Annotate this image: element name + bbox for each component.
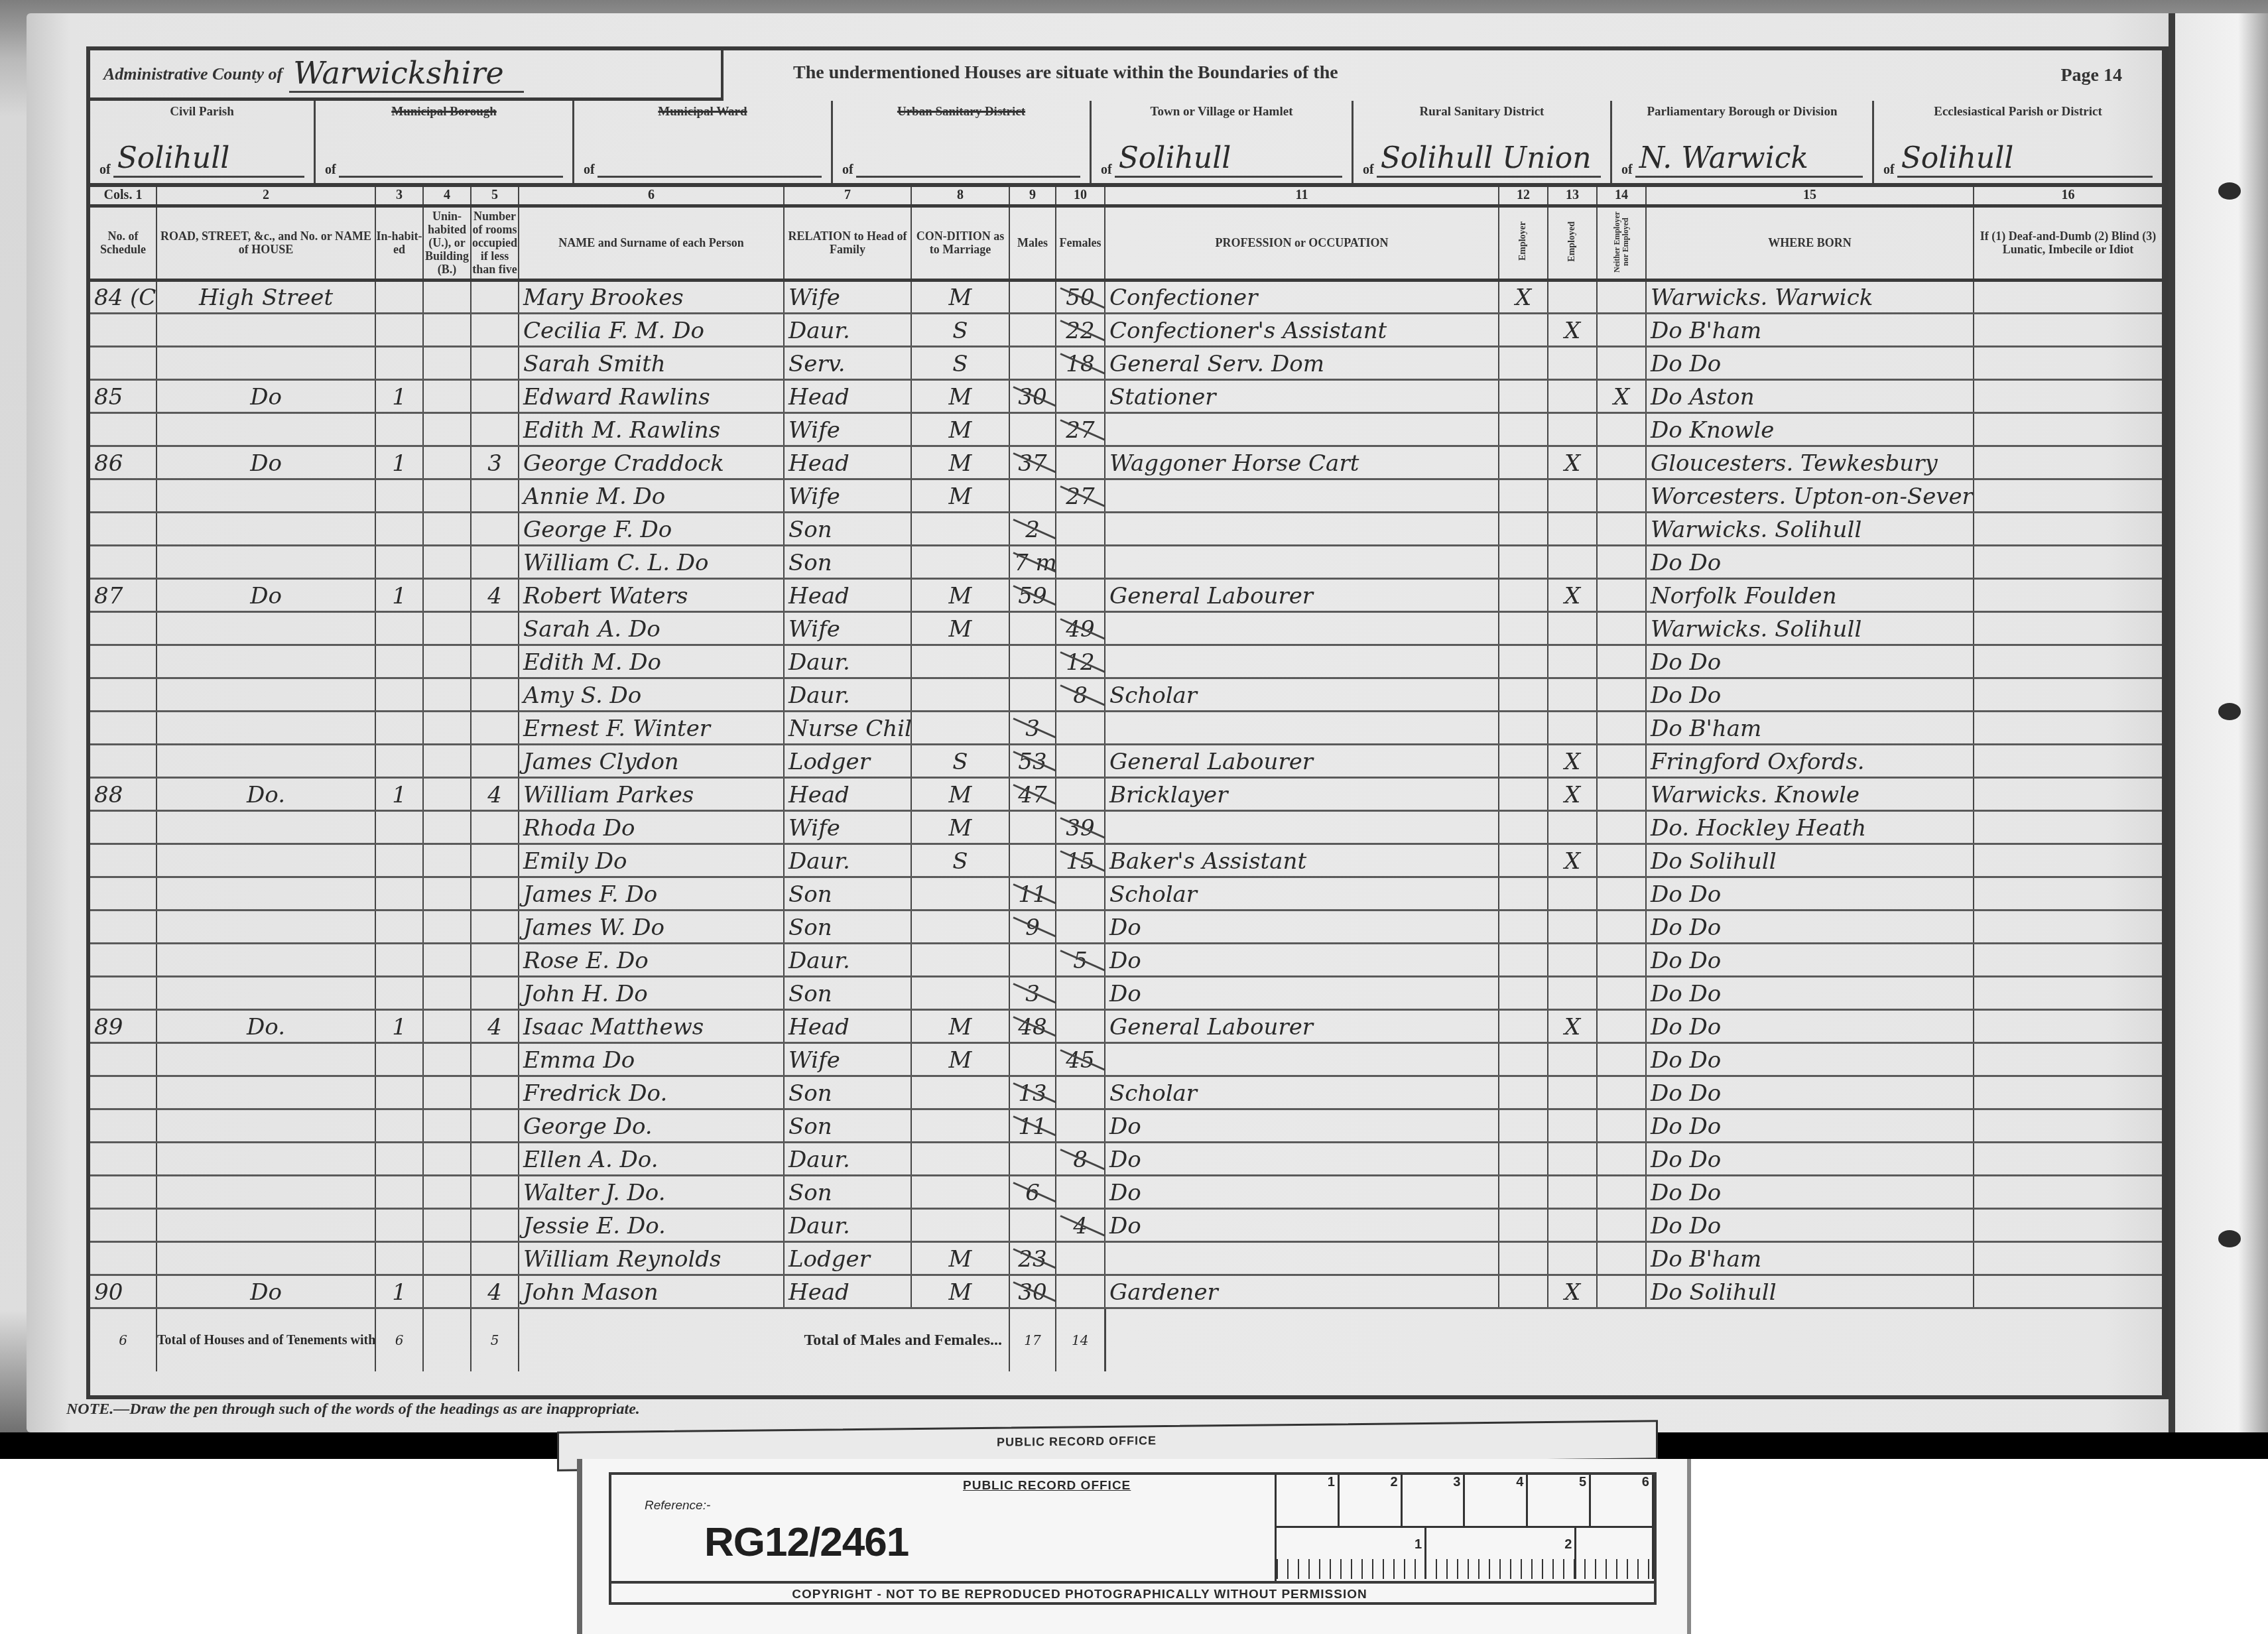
header-neither-label: Neither Employer nor Employed [1613, 208, 1630, 276]
road-name [157, 711, 375, 744]
male-age [1009, 1208, 1056, 1241]
person-name: Edith M. Rawlins [519, 412, 784, 446]
occupation: Waggoner Horse Cart [1105, 446, 1499, 479]
infirmity [1974, 611, 2162, 645]
neither-mark [1597, 1208, 1646, 1241]
road-name [157, 313, 375, 346]
infirmity [1974, 412, 2162, 446]
female-age [1056, 1241, 1105, 1275]
infirmity [1974, 1009, 2162, 1042]
where-born: Do Do [1646, 1076, 1974, 1109]
rooms-count [471, 512, 519, 545]
neither-mark [1597, 1042, 1646, 1076]
neither-mark [1597, 976, 1646, 1009]
person-name: Fredrick Do. [519, 1076, 784, 1109]
table-row: George Do. Son 11 Do Do Do [90, 1109, 2162, 1142]
marital-condition: S [911, 744, 1009, 777]
district-ecclesiastical: Ecclesiastical Parish or District ofSoli… [1874, 101, 2162, 183]
female-age [1056, 545, 1105, 578]
schedule-number [90, 943, 157, 976]
table-row: Edith M. Rawlins Wife M 27 Do Knowle [90, 412, 2162, 446]
marital-condition [911, 910, 1009, 943]
of-label: of [99, 162, 111, 178]
uninhabited-count [423, 280, 471, 313]
marital-condition: M [911, 777, 1009, 810]
person-name: Isaac Matthews [519, 1009, 784, 1042]
inhabited-count [375, 1109, 423, 1142]
relation: Son [784, 1109, 911, 1142]
marital-condition: M [911, 1241, 1009, 1275]
scale-cm-mark: 1 [1277, 1475, 1340, 1526]
employed-mark [1548, 412, 1597, 446]
table-row: William C. L. Do Son 7 mo Do Do [90, 545, 2162, 578]
female-age: 4 [1056, 1208, 1105, 1241]
employer-mark [1499, 844, 1548, 877]
schedule-number [90, 877, 157, 910]
marital-condition [911, 1208, 1009, 1241]
infirmity [1974, 280, 2162, 313]
schedule-number [90, 1208, 157, 1241]
schedule-number [90, 711, 157, 744]
where-born: Norfolk Foulden [1646, 578, 1974, 611]
schedule-number [90, 910, 157, 943]
inhabited-count: 1 [375, 446, 423, 479]
where-born: Gloucesters. Tewkesbury [1646, 446, 1974, 479]
occupation: Bricklayer [1105, 777, 1499, 810]
table-row: John H. Do Son 3 Do Do Do [90, 976, 2162, 1009]
header-neither: Neither Employer nor Employed [1597, 206, 1646, 280]
form-note: NOTE.—Draw the pen through such of the w… [66, 1401, 640, 1418]
header-infirmity: If (1) Deaf-and-Dumb (2) Blind (3) Lunat… [1974, 206, 2162, 280]
rooms-count [471, 1042, 519, 1076]
column-number: 13 [1548, 187, 1597, 206]
column-number: 12 [1499, 187, 1548, 206]
employed-mark [1548, 711, 1597, 744]
employed-mark [1548, 678, 1597, 711]
uninhabited-count [423, 512, 471, 545]
schedule-number [90, 611, 157, 645]
marital-condition [911, 943, 1009, 976]
person-name: Sarah Smith [519, 346, 784, 379]
occupation [1105, 1042, 1499, 1076]
district-value: N. Warwick [1635, 141, 1863, 178]
person-name: Edward Rawlins [519, 379, 784, 412]
road-name [157, 1076, 375, 1109]
uninhabited-count [423, 711, 471, 744]
person-name: Rose E. Do [519, 943, 784, 976]
male-age: 23 [1009, 1241, 1056, 1275]
rooms-count [471, 1076, 519, 1109]
rooms-count: 4 [471, 578, 519, 611]
relation: Head [784, 1009, 911, 1042]
neither-mark [1597, 346, 1646, 379]
district-label: Rural Sanitary District [1354, 101, 1610, 119]
person-name: Amy S. Do [519, 678, 784, 711]
punch-hole-icon [2218, 703, 2241, 720]
occupation: Confectioner [1105, 280, 1499, 313]
table-row: Emily Do Daur. S 15 Baker's Assistant X … [90, 844, 2162, 877]
uninhabited-count [423, 479, 471, 512]
where-born: Do B'ham [1646, 1241, 1974, 1275]
relation: Lodger [784, 1241, 911, 1275]
scale-cm: 1 2 3 4 5 6 [1277, 1475, 1654, 1528]
infirmity [1974, 1109, 2162, 1142]
neither-mark [1597, 1142, 1646, 1175]
uninhabited-count [423, 1208, 471, 1241]
of-label: of [325, 162, 336, 178]
census-rows: 84 (Con) High Street Mary Brookes Wife M… [90, 280, 2162, 1308]
table-row: William Reynolds Lodger M 23 Do B'ham [90, 1241, 2162, 1275]
neither-mark [1597, 1175, 1646, 1208]
female-age [1056, 711, 1105, 744]
schedule-number [90, 844, 157, 877]
inhabited-count [375, 744, 423, 777]
male-age: 6 [1009, 1175, 1056, 1208]
inhabited-count [375, 412, 423, 446]
employed-mark: X [1548, 1009, 1597, 1042]
district-header: Civil Parish ofSolihull Municipal Boroug… [90, 101, 2162, 187]
uninhabited-count [423, 313, 471, 346]
person-name: Ellen A. Do. [519, 1142, 784, 1175]
district-civil-parish: Civil Parish ofSolihull [90, 101, 316, 183]
infirmity [1974, 1241, 2162, 1275]
table-row: George F. Do Son 2 Warwicks. Solihull [90, 512, 2162, 545]
employer-mark [1499, 877, 1548, 910]
female-age [1056, 512, 1105, 545]
column-number: 2 [157, 187, 375, 206]
uninhabited-count [423, 578, 471, 611]
rooms-count [471, 412, 519, 446]
district-value: Solihull [113, 141, 304, 178]
table-row: 90 Do 1 4 John Mason Head M 30 Gardener … [90, 1275, 2162, 1308]
header-rooms: Number of rooms occupied if less than fi… [471, 206, 519, 280]
admin-county-box: Administrative County of Warwickshire [90, 50, 724, 101]
employer-mark [1499, 1275, 1548, 1308]
occupation [1105, 412, 1499, 446]
rooms-count: 4 [471, 777, 519, 810]
relation: Wife [784, 280, 911, 313]
employed-mark [1548, 645, 1597, 678]
schedule-number: 87 [90, 578, 157, 611]
schedule-number [90, 1109, 157, 1142]
where-born: Do Do [1646, 976, 1974, 1009]
female-age: 27 [1056, 479, 1105, 512]
marital-condition [911, 512, 1009, 545]
neither-mark [1597, 1109, 1646, 1142]
schedule-number [90, 512, 157, 545]
employer-mark [1499, 578, 1548, 611]
district-value [856, 176, 1080, 178]
occupation [1105, 810, 1499, 844]
employer-mark [1499, 1109, 1548, 1142]
uninhabited-count [423, 1175, 471, 1208]
neither-mark [1597, 446, 1646, 479]
inhabited-count [375, 512, 423, 545]
relation: Son [784, 910, 911, 943]
marital-condition [911, 545, 1009, 578]
employer-mark [1499, 1042, 1548, 1076]
total-rooms: 5 [471, 1308, 519, 1371]
total-schedules: 6 [90, 1308, 157, 1371]
table-row: Rose E. Do Daur. 5 Do Do Do [90, 943, 2162, 976]
rooms-count [471, 943, 519, 976]
inhabited-count [375, 910, 423, 943]
totals-houses-label: Total of Houses and of Tenements with le… [157, 1308, 375, 1371]
employed-mark [1548, 545, 1597, 578]
table-row: Fredrick Do. Son 13 Scholar Do Do [90, 1076, 2162, 1109]
uninhabited-count [423, 844, 471, 877]
rooms-count [471, 280, 519, 313]
employer-mark [1499, 412, 1548, 446]
relation: Head [784, 379, 911, 412]
employer-mark [1499, 545, 1548, 578]
occupation: Scholar [1105, 678, 1499, 711]
total-females: 14 [1056, 1308, 1105, 1371]
uninhabited-count [423, 1009, 471, 1042]
relation: Son [784, 512, 911, 545]
inhabited-count [375, 810, 423, 844]
rooms-count [471, 1109, 519, 1142]
district-value: Solihull [1897, 141, 2153, 178]
reference-number: RG12/2461 [704, 1519, 909, 1566]
relation: Serv. [784, 346, 911, 379]
employed-mark [1548, 1241, 1597, 1275]
marital-condition: M [911, 578, 1009, 611]
female-age: 45 [1056, 1042, 1105, 1076]
marital-condition: S [911, 313, 1009, 346]
occupation: Baker's Assistant [1105, 844, 1499, 877]
male-age [1009, 810, 1056, 844]
of-label: of [1101, 162, 1112, 178]
road-name [157, 1208, 375, 1241]
inhabited-count [375, 479, 423, 512]
column-number: 11 [1105, 187, 1499, 206]
road-name [157, 512, 375, 545]
person-name: George Craddock [519, 446, 784, 479]
road-name [157, 412, 375, 446]
employed-mark [1548, 910, 1597, 943]
schedule-number [90, 678, 157, 711]
employer-mark [1499, 1175, 1548, 1208]
male-age: 59 [1009, 578, 1056, 611]
neither-mark [1597, 711, 1646, 744]
table-row: James W. Do Son 9 Do Do Do [90, 910, 2162, 943]
female-age: 5 [1056, 943, 1105, 976]
marital-condition: S [911, 346, 1009, 379]
relation: Head [784, 578, 911, 611]
where-born: Warwicks. Knowle [1646, 777, 1974, 810]
person-name: Walter J. Do. [519, 1175, 784, 1208]
female-age: 15 [1056, 844, 1105, 877]
male-age: 53 [1009, 744, 1056, 777]
road-name: Do [157, 379, 375, 412]
neither-mark [1597, 1009, 1646, 1042]
female-age [1056, 777, 1105, 810]
where-born: Do Do [1646, 1009, 1974, 1042]
employer-mark [1499, 379, 1548, 412]
district-urban-sanitary: Urban Sanitary District of [833, 101, 1092, 183]
inhabited-count [375, 1208, 423, 1241]
employed-mark [1548, 1042, 1597, 1076]
road-name [157, 678, 375, 711]
employed-mark [1548, 512, 1597, 545]
of-label: of [1363, 162, 1374, 178]
road-name [157, 844, 375, 877]
male-age: 11 [1009, 1109, 1056, 1142]
scale-cm-mark: 2 [1340, 1475, 1403, 1526]
scale-cm-mark: 5 [1528, 1475, 1591, 1526]
road-name [157, 1109, 375, 1142]
rooms-count [471, 744, 519, 777]
infirmity [1974, 844, 2162, 877]
header-road: ROAD, STREET, &c., and No. or NAME of HO… [157, 206, 375, 280]
employer-mark [1499, 645, 1548, 678]
relation: Head [784, 446, 911, 479]
inhabited-count [375, 1241, 423, 1275]
neither-mark [1597, 280, 1646, 313]
pro-slip-back-title: PUBLIC RECORD OFFICE [997, 1434, 1157, 1450]
infirmity [1974, 1076, 2162, 1109]
employer-mark [1499, 976, 1548, 1009]
relation: Nurse Child [784, 711, 911, 744]
schedule-number: 89 [90, 1009, 157, 1042]
road-name [157, 645, 375, 678]
table-row: Cecilia F. M. Do Daur. S 22 Confectioner… [90, 313, 2162, 346]
punch-hole-icon [2218, 1230, 2241, 1247]
person-name: Ernest F. Winter [519, 711, 784, 744]
district-label: Urban Sanitary District [833, 101, 1090, 119]
rooms-count: 3 [471, 446, 519, 479]
employed-mark [1548, 1175, 1597, 1208]
rooms-count [471, 976, 519, 1009]
relation: Son [784, 976, 911, 1009]
column-number: 4 [423, 187, 471, 206]
totals-persons-label: Total of Males and Females... [519, 1308, 1009, 1371]
female-age [1056, 446, 1105, 479]
schedule-number [90, 1175, 157, 1208]
male-age: 3 [1009, 976, 1056, 1009]
where-born: Do. Hockley Heath [1646, 810, 1974, 844]
header-occupation: PROFESSION or OCCUPATION [1105, 206, 1499, 280]
where-born: Do Aston [1646, 379, 1974, 412]
relation: Wife [784, 1042, 911, 1076]
female-age [1056, 578, 1105, 611]
relation: Wife [784, 810, 911, 844]
scale-cm-mark: 6 [1591, 1475, 1654, 1526]
district-value [598, 176, 822, 178]
column-number: 5 [471, 187, 519, 206]
person-name: Mary Brookes [519, 280, 784, 313]
employed-mark [1548, 1076, 1597, 1109]
neither-mark [1597, 1076, 1646, 1109]
schedule-number [90, 1142, 157, 1175]
rooms-count [471, 910, 519, 943]
rooms-count [471, 1208, 519, 1241]
infirmity [1974, 379, 2162, 412]
occupation: Do [1105, 1175, 1499, 1208]
pro-slip-frame: PUBLIC RECORD OFFICE Reference:- RG12/24… [609, 1472, 1657, 1605]
uninhabited-count [423, 678, 471, 711]
employed-mark [1548, 1208, 1597, 1241]
district-value: Solihull [1115, 141, 1342, 178]
table-row: Edith M. Do Daur. 12 Do Do [90, 645, 2162, 678]
male-age: 13 [1009, 1076, 1056, 1109]
table-row: Ernest F. Winter Nurse Child 3 Do B'ham [90, 711, 2162, 744]
uninhabited-count [423, 1275, 471, 1308]
person-name: George F. Do [519, 512, 784, 545]
person-name: James F. Do [519, 877, 784, 910]
relation: Daur. [784, 943, 911, 976]
road-name [157, 810, 375, 844]
header-uninhabited: Unin-habited (U.), or Building (B.) [423, 206, 471, 280]
road-name: Do [157, 1275, 375, 1308]
employed-mark: X [1548, 313, 1597, 346]
infirmity [1974, 744, 2162, 777]
where-born: Do B'ham [1646, 313, 1974, 346]
person-name: John H. Do [519, 976, 784, 1009]
female-age: 8 [1056, 678, 1105, 711]
male-age: 2 [1009, 512, 1056, 545]
schedule-number [90, 545, 157, 578]
occupation: Scholar [1105, 1076, 1499, 1109]
table-row: Jessie E. Do. Daur. 4 Do Do Do [90, 1208, 2162, 1241]
schedule-number: 86 [90, 446, 157, 479]
employed-mark [1548, 1142, 1597, 1175]
relation: Daur. [784, 1208, 911, 1241]
employer-mark: X [1499, 280, 1548, 313]
inhabited-count [375, 877, 423, 910]
inhabited-count [375, 545, 423, 578]
schedule-number [90, 412, 157, 446]
infirmity [1974, 910, 2162, 943]
occupation [1105, 645, 1499, 678]
header-employed-label: Employed [1566, 221, 1579, 262]
of-label: of [1883, 162, 1895, 178]
page-margin [2169, 13, 2268, 1432]
where-born: Do Do [1646, 1109, 1974, 1142]
occupation [1105, 479, 1499, 512]
rooms-count [471, 645, 519, 678]
employed-mark [1548, 379, 1597, 412]
male-age [1009, 479, 1056, 512]
occupation: General Labourer [1105, 1009, 1499, 1042]
where-born: Do Do [1646, 645, 1974, 678]
district-parliamentary: Parliamentary Borough or Division ofN. W… [1612, 101, 1874, 183]
of-label: of [584, 162, 595, 178]
person-name: Jessie E. Do. [519, 1208, 784, 1241]
district-municipal-ward: Municipal Ward of [574, 101, 833, 183]
total-uninhabited [423, 1308, 471, 1371]
inhabited-count [375, 711, 423, 744]
person-name: William Reynolds [519, 1241, 784, 1275]
employer-mark [1499, 1208, 1548, 1241]
uninhabited-count [423, 910, 471, 943]
neither-mark [1597, 578, 1646, 611]
marital-condition: M [911, 412, 1009, 446]
infirmity [1974, 810, 2162, 844]
punch-hole-icon [2218, 182, 2241, 200]
header-employer-label: Employer [1517, 221, 1530, 261]
marital-condition: M [911, 810, 1009, 844]
district-label: Parliamentary Borough or Division [1612, 101, 1872, 119]
inhabited-count: 1 [375, 379, 423, 412]
inhabited-count [375, 844, 423, 877]
inhabited-count [375, 1142, 423, 1175]
schedule-number [90, 313, 157, 346]
neither-mark [1597, 910, 1646, 943]
person-name: Cecilia F. M. Do [519, 313, 784, 346]
neither-mark [1597, 877, 1646, 910]
